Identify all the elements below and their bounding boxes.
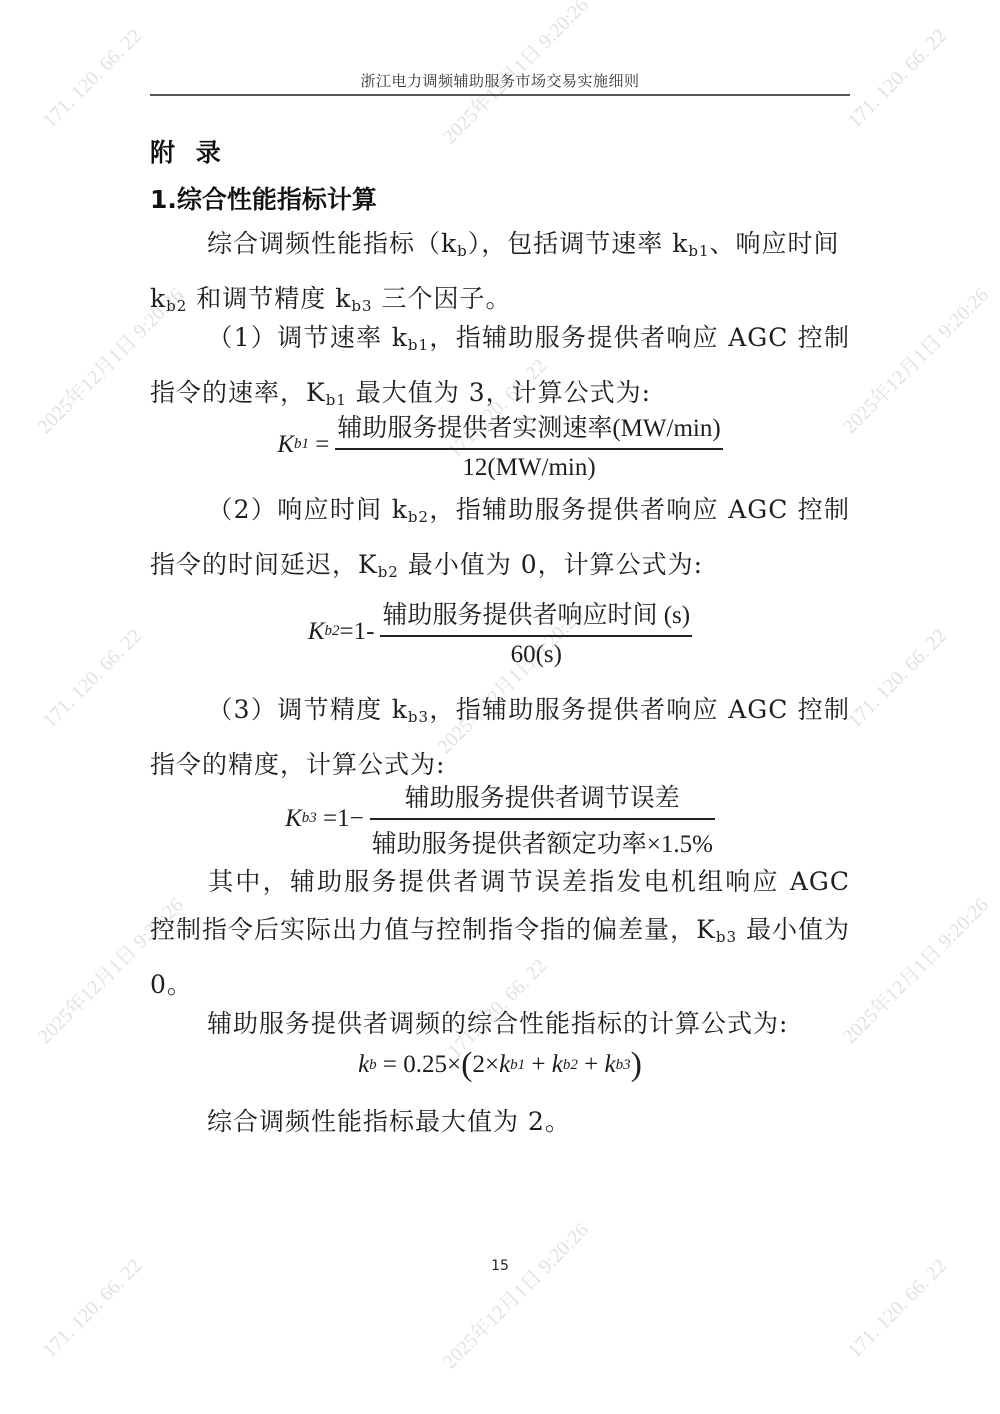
- text: 最小值为 0，计算公式为:: [399, 550, 703, 579]
- subscript: b3: [408, 708, 429, 726]
- document-page: 171. 120. 66. 22 2025年12月1日 9:20:26 171.…: [0, 0, 1000, 1414]
- variable: k: [605, 1051, 616, 1079]
- text: 三个因子。: [373, 284, 512, 313]
- note-paragraph: 其中，辅助服务提供者调节误差指发电机组响应 AGC 控制指令后实际出力值与控制指…: [150, 858, 850, 1009]
- variable: k: [552, 1051, 563, 1079]
- formula-kb2: Kb2=1- 辅助服务提供者响应时间 (s) 60(s): [0, 595, 1000, 669]
- subscript: b3: [716, 928, 737, 946]
- operator: = 0.25×: [383, 1051, 461, 1079]
- numerator: 辅助服务提供者响应时间 (s): [380, 595, 692, 635]
- subscript: b1: [408, 336, 429, 354]
- subscript: b2: [166, 297, 187, 315]
- operator: +: [578, 1051, 605, 1079]
- subscript: b2: [408, 508, 429, 526]
- open-paren: (: [461, 1048, 472, 1082]
- formula-kb1: Kb1 = 辅助服务提供者实测速率(MW/min) 12(MW/min): [0, 408, 1000, 482]
- variable: K: [308, 618, 325, 646]
- fraction: 辅助服务提供者响应时间 (s) 60(s): [380, 595, 692, 669]
- text: ），包括调节速率 k: [468, 229, 689, 258]
- text: k: [150, 284, 166, 313]
- text: 和调节精度 k: [187, 284, 351, 313]
- watermark-timestamp: 2025年12月1日 9:20:26: [834, 890, 993, 1049]
- operator: =1−: [323, 805, 364, 833]
- variable: k: [358, 1051, 369, 1079]
- subscript: b2: [325, 623, 340, 640]
- formula-kb: kb = 0.25×(2×kb1 + kb2 + kb3): [0, 1048, 1000, 1082]
- subscript: b3: [351, 297, 372, 315]
- fraction: 辅助服务提供者调节误差 辅助服务提供者额定功率×1.5%: [370, 778, 715, 860]
- composite-intro: 辅助服务提供者调频的综合性能指标的计算公式为:: [150, 1000, 850, 1048]
- text: （2）响应时间 k: [207, 495, 408, 524]
- subscript: b1: [294, 436, 309, 453]
- text: 最大值为 3，计算公式为:: [347, 378, 651, 407]
- formula-lhs: Kb3 =1−: [285, 805, 364, 833]
- subscript: b: [457, 242, 468, 260]
- page-number: 15: [0, 1258, 1000, 1274]
- watermark-ip: 171. 120. 66. 22: [39, 25, 147, 133]
- composite-max-note: 综合调频性能指标最大值为 2。: [150, 1098, 850, 1146]
- subscript: b: [369, 1057, 377, 1074]
- header-divider: [150, 94, 850, 96]
- item-2-paragraph: （2）响应时间 kb2，指辅助服务提供者响应 AGC 控制指令的时间延迟，Kb2…: [150, 486, 850, 596]
- subscript: b1: [326, 391, 347, 409]
- section-heading: 1.综合性能指标计算: [150, 180, 377, 216]
- text: 综合调频性能指标最大值为 2。: [207, 1107, 571, 1136]
- term: 2×: [472, 1051, 499, 1079]
- operator: =: [315, 431, 329, 459]
- subscript: b1: [510, 1057, 525, 1074]
- close-paren: ): [631, 1048, 642, 1082]
- subscript: b1: [688, 242, 709, 260]
- subscript: b3: [302, 810, 317, 827]
- appendix-heading: 附 录: [150, 133, 227, 169]
- formula-kb3: Kb3 =1− 辅助服务提供者调节误差 辅助服务提供者额定功率×1.5%: [0, 778, 1000, 860]
- text: 、响应时间: [710, 229, 840, 258]
- formula-lhs: Kb2=1-: [308, 618, 375, 646]
- subscript: b3: [616, 1057, 631, 1074]
- subscript: b2: [378, 563, 399, 581]
- item-3-paragraph: （3）调节精度 kb3，指辅助服务提供者响应 AGC 控制指令的精度，计算公式为…: [150, 686, 850, 789]
- variable: k: [499, 1051, 510, 1079]
- variable: K: [277, 431, 294, 459]
- operator: +: [525, 1051, 552, 1079]
- operator: =1-: [340, 618, 375, 646]
- text: （1）调节速率 k: [207, 323, 408, 352]
- text: 辅助服务提供者调频的综合性能指标的计算公式为:: [207, 1009, 788, 1038]
- variable: K: [285, 805, 302, 833]
- subscript: b2: [563, 1057, 578, 1074]
- running-header: 浙江电力调频辅助服务市场交易实施细则: [150, 70, 850, 91]
- fraction: 辅助服务提供者实测速率(MW/min) 12(MW/min): [335, 408, 722, 482]
- text: （3）调节精度 k: [207, 695, 408, 724]
- numerator: 辅助服务提供者调节误差: [403, 778, 682, 818]
- denominator: 12(MW/min): [460, 450, 597, 482]
- text: 综合调频性能指标（k: [207, 229, 457, 258]
- numerator: 辅助服务提供者实测速率(MW/min): [335, 408, 722, 448]
- formula-lhs: Kb1 =: [277, 431, 329, 459]
- watermark-ip: 171. 120. 66. 22: [844, 25, 952, 133]
- watermark-timestamp: 2025年12月1日 9:20:26: [434, 1215, 593, 1374]
- denominator: 60(s): [509, 637, 564, 669]
- denominator: 辅助服务提供者额定功率×1.5%: [370, 820, 715, 860]
